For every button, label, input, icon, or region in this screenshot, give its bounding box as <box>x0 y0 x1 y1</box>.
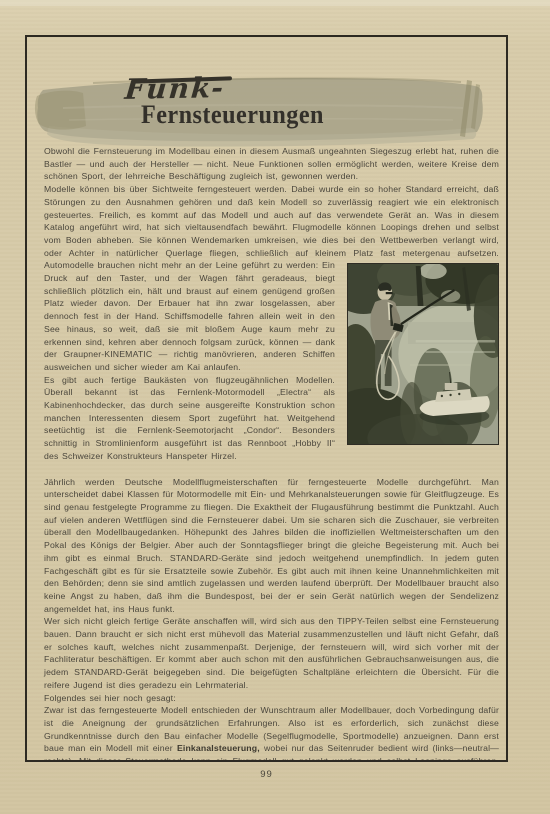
body-text: Obwohl die Fernsteuerung im Modellbau ei… <box>44 145 499 762</box>
page-number: 99 <box>25 769 508 780</box>
paragraph-meisterschaften: Jährlich werden Deutsche Modellflugmeist… <box>44 476 499 616</box>
paragraph-models: Modelle können bis über Sichtweite ferng… <box>44 183 499 374</box>
paragraph-einkanal: Zwar ist das ferngesteuerte Modell entsc… <box>44 704 499 762</box>
scan-edge <box>0 0 550 6</box>
paragraph-intro: Obwohl die Fernsteuerung im Modellbau ei… <box>44 145 499 183</box>
paragraph-tippy: Wer sich nicht gleich fertige Geräte ans… <box>44 615 499 691</box>
lakeside-photo <box>347 263 499 445</box>
paragraph-folgendes: Folgendes sei hier noch gesagt: <box>44 692 499 705</box>
paragraph-models-part2: geführt zu werden: Ein Druck auf den Tas… <box>44 260 335 372</box>
einkanalsteuerung-bold: Einkanalsteuerung, <box>177 743 260 753</box>
scanned-catalog-page: Funk- Fernsteuerungen Obwohl die Fernste… <box>0 0 550 814</box>
paragraph-models-part1: Modelle können bis über Sichtweite ferng… <box>44 184 499 270</box>
page-frame: Funk- Fernsteuerungen Obwohl die Fernste… <box>25 35 508 762</box>
headline-band: Funk- Fernsteuerungen <box>33 68 485 148</box>
title-fernsteuerungen: Fernsteuerungen <box>141 100 324 130</box>
